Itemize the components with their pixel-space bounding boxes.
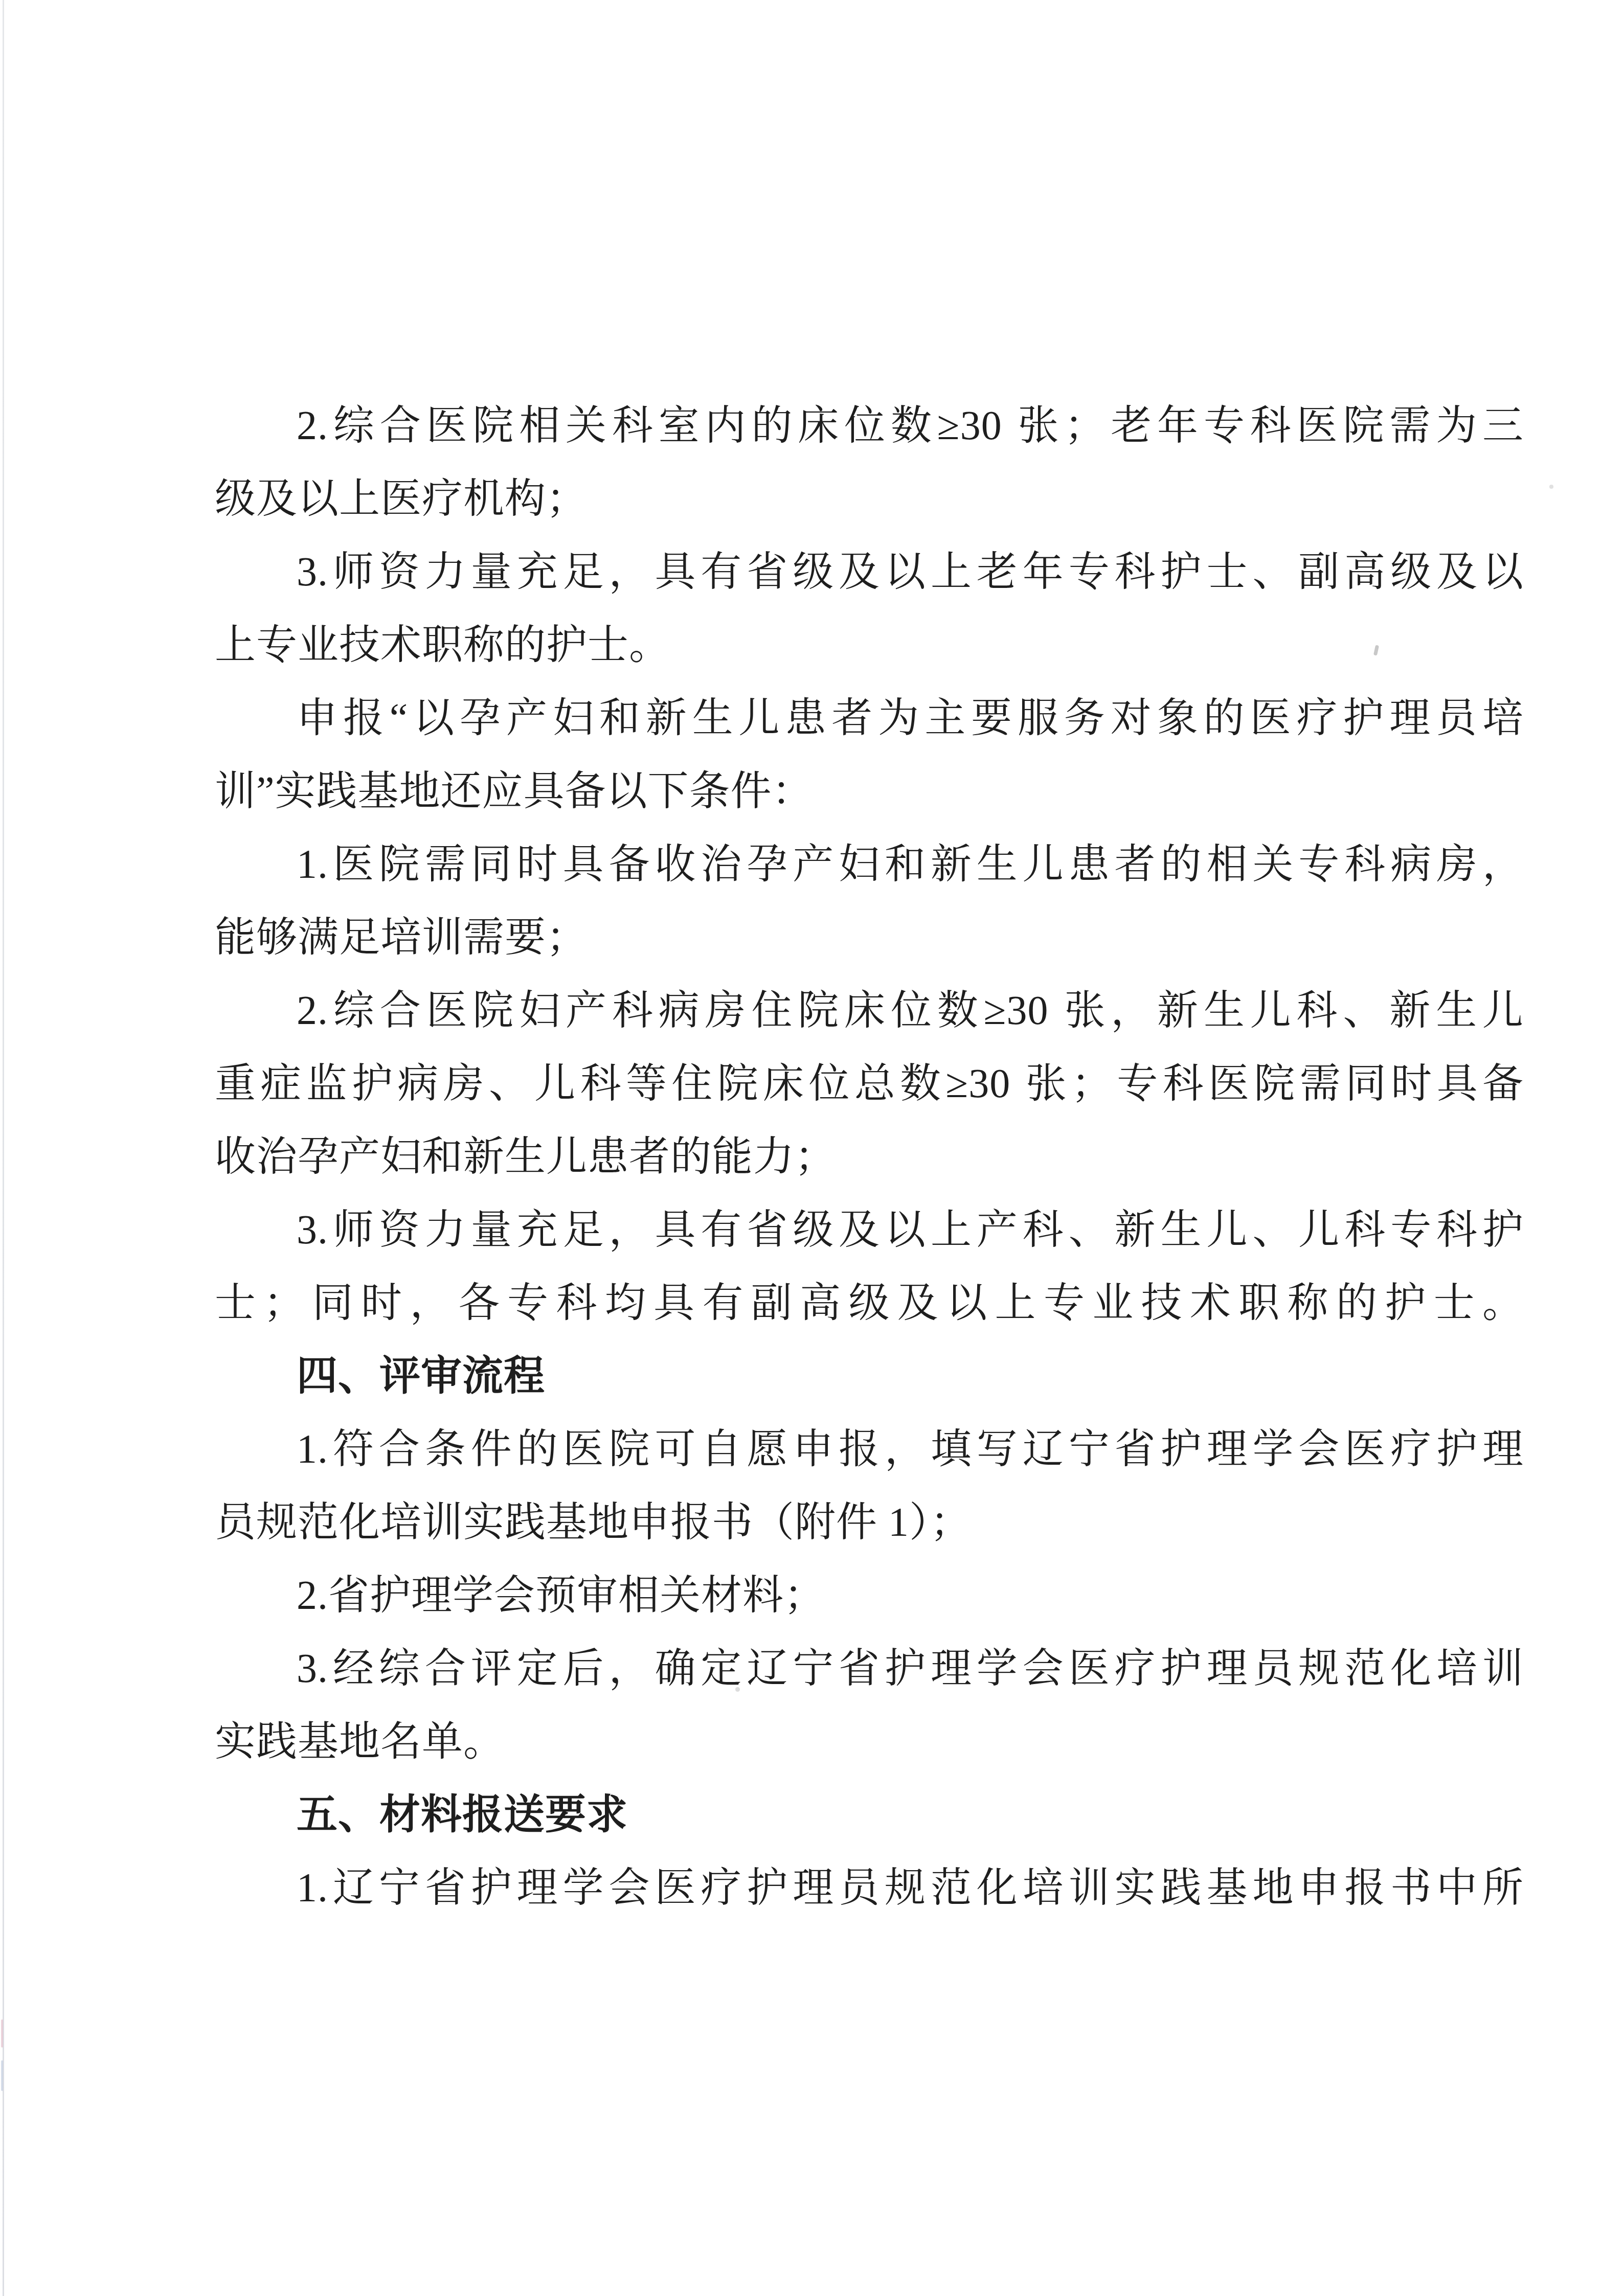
scan-speck (1549, 485, 1553, 489)
text-line: 1.医院需同时具备收治孕产妇和新生儿患者的相关专科病房， (215, 828, 1524, 901)
scan-speck (735, 1687, 740, 1692)
text-line: 上专业技术职称的护士。 (215, 609, 1524, 682)
text-line: 能够满足培训需要； (215, 901, 1524, 974)
text-line: 训”实践基地还应具备以下条件： (215, 755, 1524, 828)
scan-edge-artifact (1, 2019, 3, 2048)
text-line: 1.符合条件的医院可自愿申报，填写辽宁省护理学会医疗护理 (215, 1413, 1524, 1486)
text-line: 2.综合医院妇产科病房住院床位数≥30 张，新生儿科、新生儿 (215, 974, 1524, 1048)
scanned-document-page: 2.综合医院相关科室内的床位数≥30 张；老年专科医院需为三 级及以上医疗机构；… (0, 0, 1624, 2296)
text-line: 2.省护理学会预审相关材料； (215, 1559, 1524, 1632)
document-text-block: 2.综合医院相关科室内的床位数≥30 张；老年专科医院需为三 级及以上医疗机构；… (215, 390, 1524, 1925)
text-line: 1.辽宁省护理学会医疗护理员规范化培训实践基地申报书中所 (215, 1852, 1524, 1925)
section-heading: 五、材料报送要求 (215, 1779, 1524, 1852)
scan-edge-artifact (1, 2060, 3, 2091)
section-heading: 四、评审流程 (215, 1340, 1524, 1413)
text-line: 员规范化培训实践基地申报书（附件 1）； (215, 1486, 1524, 1559)
text-line: 士；同时，各专科均具有副高级及以上专业技术职称的护士。 (215, 1267, 1524, 1340)
text-line: 重症监护病房、儿科等住院床位总数≥30 张；专科医院需同时具备 (215, 1048, 1524, 1121)
text-line: 2.综合医院相关科室内的床位数≥30 张；老年专科医院需为三 (215, 390, 1524, 463)
text-line: 实践基地名单。 (215, 1706, 1524, 1779)
text-line: 3.师资力量充足，具有省级及以上产科、新生儿、儿科专科护 (215, 1194, 1524, 1267)
scan-edge-line (3, 0, 4, 2296)
text-line: 申报“以孕产妇和新生儿患者为主要服务对象的医疗护理员培 (215, 682, 1524, 755)
text-line: 级及以上医疗机构； (215, 463, 1524, 536)
text-line: 3.师资力量充足，具有省级及以上老年专科护士、副高级及以 (215, 536, 1524, 609)
text-line: 收治孕产妇和新生儿患者的能力； (215, 1121, 1524, 1194)
text-line: 3.经综合评定后，确定辽宁省护理学会医疗护理员规范化培训 (215, 1632, 1524, 1706)
